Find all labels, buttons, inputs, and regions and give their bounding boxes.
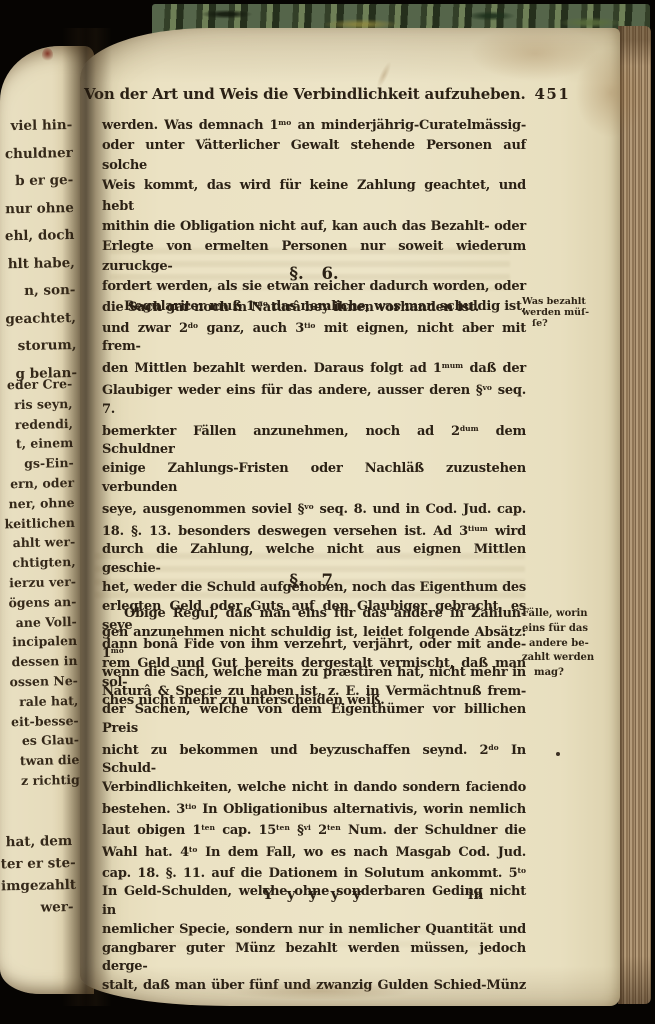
signature-mark: Y y y y y [263,885,365,903]
text-line: geachtet, [4,304,77,333]
text-line: dessen in [5,651,77,672]
text-line: einige Zahlungs-Fristen oder Nachläß zuz… [102,460,526,498]
text-line: rale hat, [6,691,78,712]
section-7-text: Obige Regul, daß man eins für das andere… [102,605,526,996]
left-page-text-fragments-bottom: hat, demter er ste-imgezahltwer- [0,830,74,919]
section-7-heading: §. 7. [102,571,526,590]
text-line: oder unter Vätterlicher Gewalt stehende … [102,136,526,176]
text-line: Obige Regul, daß man eins für das andere… [102,605,526,624]
margin-note-section-7: Fälle, worineins für dasandere be-zahlt … [522,607,617,681]
section-6-heading: §. 6. [102,264,526,283]
text-line: bemerkter Fällen anzunehmen, noch ad 2du… [102,420,526,461]
text-line: eder Cre- [0,374,72,395]
text-line: ſe? [522,318,614,329]
text-line: t, einem [1,433,73,454]
text-line: eins für das [522,622,617,637]
text-line: storum, [4,332,77,361]
text-line: z richtig [8,770,80,791]
text-line: Wahl hat. 4to In dem Fall, wo es nach Ma… [102,841,526,862]
text-line: 18. §. 13. besonders deswegen versehen i… [102,520,526,542]
text-line: b er ge- [1,167,74,196]
text-line: incipalen [5,631,77,652]
text-line: Verbindlichkeiten, welche nicht in dando… [102,779,526,798]
text-line: eit-besse- [6,710,78,731]
text-line: und zwar 2do ganz, auch 3tio mit eignen,… [102,317,526,358]
paragraph-continuation: werden. Was demnach 1mo an minderjährig-… [102,113,526,318]
text-line: hat, dem [0,830,72,853]
text-line: gangbarer guter Münz bezahlt werden müss… [102,940,526,977]
text-line: ris seyn, [0,394,72,415]
text-line: mag? [522,666,617,681]
running-header: Von der Art und Weis die Verbindlichkeit… [84,85,544,103]
text-line: Weis kommt, das wird für keine Zahlung g… [102,176,526,216]
left-page-text-fragments-top: viel hin-chuldnerb er ge-nur ohneehl, do… [0,112,77,388]
text-line: nemlicher Specie, sondern nur in nemlich… [102,921,526,940]
text-line: viel hin- [0,112,73,141]
signature-line: Y y y y y in [102,885,526,903]
right-page: Von der Art und Weis die Verbindlichkeit… [80,28,620,1006]
text-line: werden müſ- [522,307,614,318]
text-line: redendi, [1,414,73,435]
text-line: es Glau- [7,730,79,751]
text-line: gen anzunehmen nicht schuldig ist, leide… [102,624,526,664]
page-stack-fore-edge [618,26,651,1004]
text-line: ter er ste- [0,852,72,875]
text-line: hlt habe, [3,249,76,278]
left-page-text-fragments-middle: eder Cre-ris seyn,redendi,t, einemgs-Ein… [0,374,80,791]
text-line: keitlichen [3,513,75,534]
text-line: nicht zu bekommen und beyzuschaffen seyn… [102,739,526,779]
text-line: zahlt werden [522,651,617,666]
text-line: twan die [7,750,79,771]
text-line: den Mittlen bezahlt werden. Daraus folgt… [102,357,526,379]
text-line: gs-Ein- [2,453,74,474]
text-line: chuldner [1,139,74,168]
text-line: der Sachen, welche von dem Eigenthümer v… [102,701,526,738]
text-line: werden. Was demnach 1mo an minderjährig-… [102,113,526,136]
text-line: mithin die Obligation nicht auf, kan auc… [102,217,526,237]
text-line: n, son- [3,277,76,306]
text-line: bestehen. 3tio In Obligationibus alterna… [102,798,526,819]
text-line: nur ohne [2,194,75,223]
running-header-title: Von der Art und Weis die Verbindlichkeit… [84,85,525,103]
book-photo: viel hin-chuldnerb er ge-nur ohneehl, do… [0,0,655,1024]
text-line: chtigten, [3,552,75,573]
text-line: laut obigen 1ten cap. 15ten §vi 2ten Num… [102,819,526,840]
text-line: ern, oder [2,473,74,494]
text-line: ahlt wer- [3,532,75,553]
text-line: wenn die Sach, welche man zu præstiren h… [102,664,526,683]
text-line: imgezahlt [1,874,73,897]
text-line: Glaubiger weder eins für das andere, aus… [102,379,526,420]
text-line: ane Voll- [5,612,77,633]
text-line: Was bezahlt [522,296,614,307]
text-line: wer- [1,896,73,919]
text-line: seye, ausgenommen soviel §vo seq. 8. und… [102,498,526,520]
text-line: Naturâ & Specie zu haben ist, z. E. in V… [102,683,526,702]
text-line: andere be- [522,637,617,652]
text-line: ossen Ne- [6,671,78,692]
text-line: ierzu ver- [4,572,76,593]
margin-note-section-6: Was bezahltwerden müſ-ſe? [522,296,614,329]
text-line: stalt, daß man über fünf und zwanzig Gul… [102,977,526,996]
text-line: ögens an- [4,592,76,613]
text-line: ner, ohne [2,493,74,514]
text-line: ehl, doch [2,222,75,251]
text-line: Fälle, worin [522,607,617,622]
catchword: in [468,887,484,903]
text-line: Regulariter muß 1mo das nemliche, was ma… [102,295,526,317]
text-line: cap. 18. §. 11. auf die Dationem in Solu… [102,862,526,883]
page-number: 451 [534,85,570,103]
